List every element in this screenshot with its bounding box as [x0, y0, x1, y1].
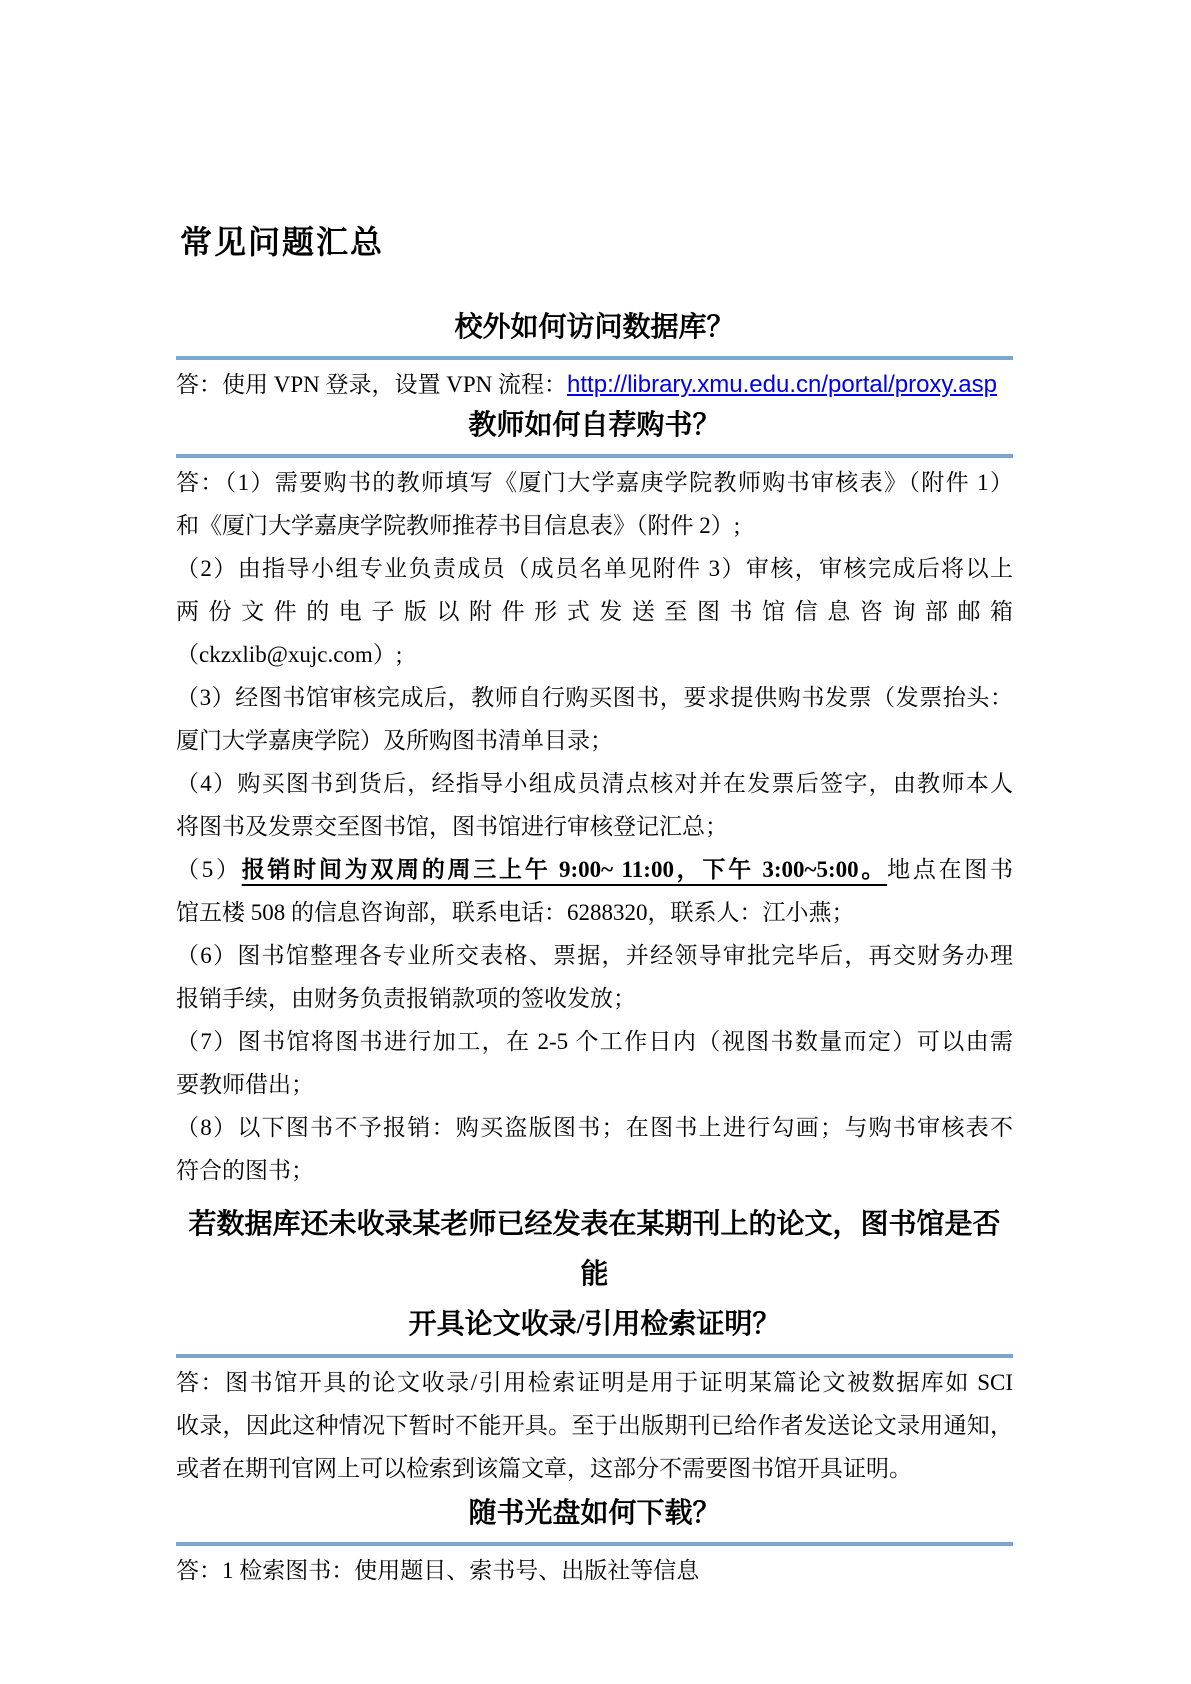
vpn-proxy-link[interactable]: http://library.xmu.edu.cn/portal/proxy.a…	[567, 371, 997, 398]
answer-line: 报销手续，由财务负责报销款项的签收发放；	[176, 977, 1013, 1020]
answer-line: （6）图书馆整理各专业所交表格、票据，并经领导审批完毕后，再交财务办理	[176, 934, 1013, 977]
question-heading-book-purchase: 教师如何自荐购书？	[176, 408, 1013, 458]
answer-line: 将图书及发票交至图书馆，图书馆进行审核登记汇总；	[176, 805, 1013, 848]
item5-suffix: 地点在图书	[887, 857, 1013, 882]
answer-block-vpn: 答：使用 VPN 登录，设置 VPN 流程：http://library.xmu…	[176, 363, 1013, 406]
answer-line: 答：1 检索图书：使用题目、索书号、出版社等信息	[176, 1549, 1013, 1592]
answer-line: （7）图书馆将图书进行加工，在 2-5 个工作日内（视图书数量而定）可以由需	[176, 1020, 1013, 1063]
answer-line: 收录，因此这种情况下暂时不能开具。至于出版期刊已给作者发送论文录用通知，	[176, 1404, 1013, 1447]
question-heading-vpn: 校外如何访问数据库？	[176, 310, 1013, 360]
faq-section-cd-download: 随书光盘如何下载？ 答：1 检索图书：使用题目、索书号、出版社等信息	[176, 1496, 1013, 1592]
document-content: 常见问题汇总 校外如何访问数据库？ 答：使用 VPN 登录，设置 VPN 流程：…	[176, 0, 1013, 1592]
answer-line: （ckzxlib@xujc.com）;	[176, 633, 1013, 676]
answer-line: 厦门大学嘉庚学院）及所购图书清单目录；	[176, 719, 1013, 762]
answer-line: 符合的图书；	[176, 1149, 1013, 1192]
answer-line: （2）由指导小组专业负责成员（成员名单见附件 3）审核，审核完成后将以上	[176, 547, 1013, 590]
answer-line: （8）以下图书不予报销：购买盗版图书；在图书上进行勾画；与购书审核表不	[176, 1106, 1013, 1149]
answer-line: 答：（1）需要购书的教师填写《厦门大学嘉庚学院教师购书审核表》（附件 1）	[176, 461, 1013, 504]
question-heading-cd-download: 随书光盘如何下载？	[176, 1496, 1013, 1546]
answer-line: 两份文件的电子版以附件形式发送至图书馆信息咨询部邮箱	[176, 590, 1013, 633]
answer-line: （4）购买图书到货后，经指导小组成员清点核对并在发票后签字，由教师本人	[176, 762, 1013, 805]
answer-block-citation-proof: 答：图书馆开具的论文收录/引用检索证明是用于证明某篇论文被数据库如 SCI 收录…	[176, 1361, 1013, 1490]
page-title: 常见问题汇总	[180, 222, 1013, 262]
faq-section-citation-proof: 若数据库还未收录某老师已经发表在某期刊上的论文，图书馆是否能 开具论文收录/引用…	[176, 1200, 1013, 1490]
faq-section-vpn-access: 校外如何访问数据库？ 答：使用 VPN 登录，设置 VPN 流程：http://…	[176, 310, 1013, 406]
answer-block-book-purchase: 答：（1）需要购书的教师填写《厦门大学嘉庚学院教师购书审核表》（附件 1） 和《…	[176, 461, 1013, 1192]
document-page: 常见问题汇总 校外如何访问数据库？ 答：使用 VPN 登录，设置 VPN 流程：…	[0, 0, 1191, 1684]
answer-line: 或者在期刊官网上可以检索到该篇文章，这部分不需要图书馆开具证明。	[176, 1447, 1013, 1490]
answer-text: 答：使用 VPN 登录，设置 VPN 流程：	[176, 372, 567, 397]
answer-block-cd-download: 答：1 检索图书：使用题目、索书号、出版社等信息	[176, 1549, 1013, 1592]
question-heading-citation-proof: 若数据库还未收录某老师已经发表在某期刊上的论文，图书馆是否能 开具论文收录/引用…	[176, 1200, 1013, 1358]
answer-line: 馆五楼 508 的信息咨询部，联系电话：6288320，联系人：江小燕；	[176, 891, 1013, 934]
answer-line: 和《厦门大学嘉庚学院教师推荐书目信息表》（附件 2）;	[176, 504, 1013, 547]
answer-line: （3）经图书馆审核完成后，教师自行购买图书，要求提供购书发票（发票抬头：	[176, 676, 1013, 719]
faq-section-book-purchase: 教师如何自荐购书？ 答：（1）需要购书的教师填写《厦门大学嘉庚学院教师购书审核表…	[176, 408, 1013, 1192]
reimbursement-time-highlight: 报销时间为双周的周三上午 9:00~ 11:00，下午 3:00~5:00。	[242, 857, 887, 882]
answer-line-reimbursement: （5）报销时间为双周的周三上午 9:00~ 11:00，下午 3:00~5:00…	[176, 848, 1013, 891]
answer-line: 答：使用 VPN 登录，设置 VPN 流程：http://library.xmu…	[176, 363, 1013, 406]
answer-line: 答：图书馆开具的论文收录/引用检索证明是用于证明某篇论文被数据库如 SCI	[176, 1361, 1013, 1404]
item5-number: （5）	[176, 857, 242, 882]
question-line-1: 若数据库还未收录某老师已经发表在某期刊上的论文，图书馆是否能	[176, 1200, 1013, 1300]
question-line-2: 开具论文收录/引用检索证明？	[176, 1300, 1013, 1350]
answer-line: 要教师借出；	[176, 1063, 1013, 1106]
